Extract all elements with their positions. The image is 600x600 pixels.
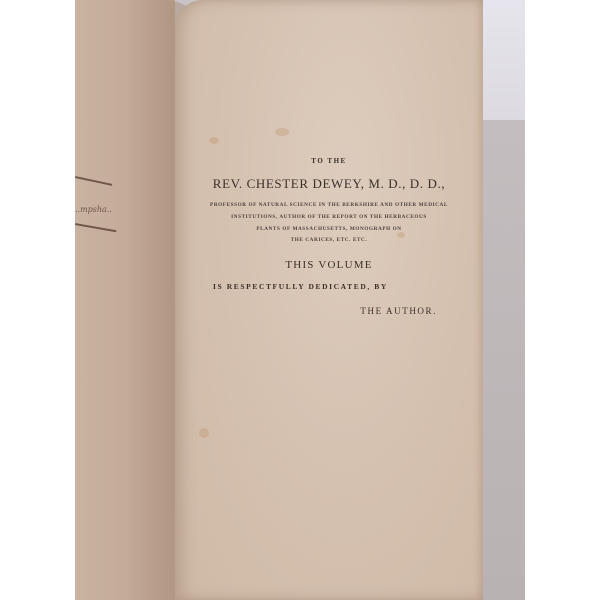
credentials-line: PLANTS OF MASSACHUSETTS, MONOGRAPH ON xyxy=(175,226,483,232)
book-photo: ..mpsha.. TO THE REV. CHESTER DEWEY, M. … xyxy=(75,0,525,600)
dedicatee-name: REV. CHESTER DEWEY, M. D., D. D., xyxy=(175,176,483,192)
dedication-to-the: TO THE xyxy=(175,157,483,165)
dedication-text: TO THE REV. CHESTER DEWEY, M. D., D. D.,… xyxy=(175,0,483,600)
this-volume: THIS VOLUME xyxy=(175,259,483,271)
credentials-line: THE CARICES, ETC. ETC. xyxy=(175,237,483,243)
credentials-line: PROFESSOR OF NATURAL SCIENCE IN THE BERK… xyxy=(175,202,483,208)
handwritten-note: ..mpsha.. xyxy=(75,205,112,214)
background-shadow xyxy=(480,120,525,600)
credentials-line: INSTITUTIONS, AUTHOR OF THE REPORT ON TH… xyxy=(175,214,483,220)
background-wall xyxy=(480,0,525,125)
author-signature: THE AUTHOR. xyxy=(360,306,437,316)
handwritten-stroke xyxy=(75,223,117,232)
dedicated-line: IS RESPECTFULLY DEDICATED, BY xyxy=(213,282,388,291)
handwritten-stroke xyxy=(75,176,112,186)
